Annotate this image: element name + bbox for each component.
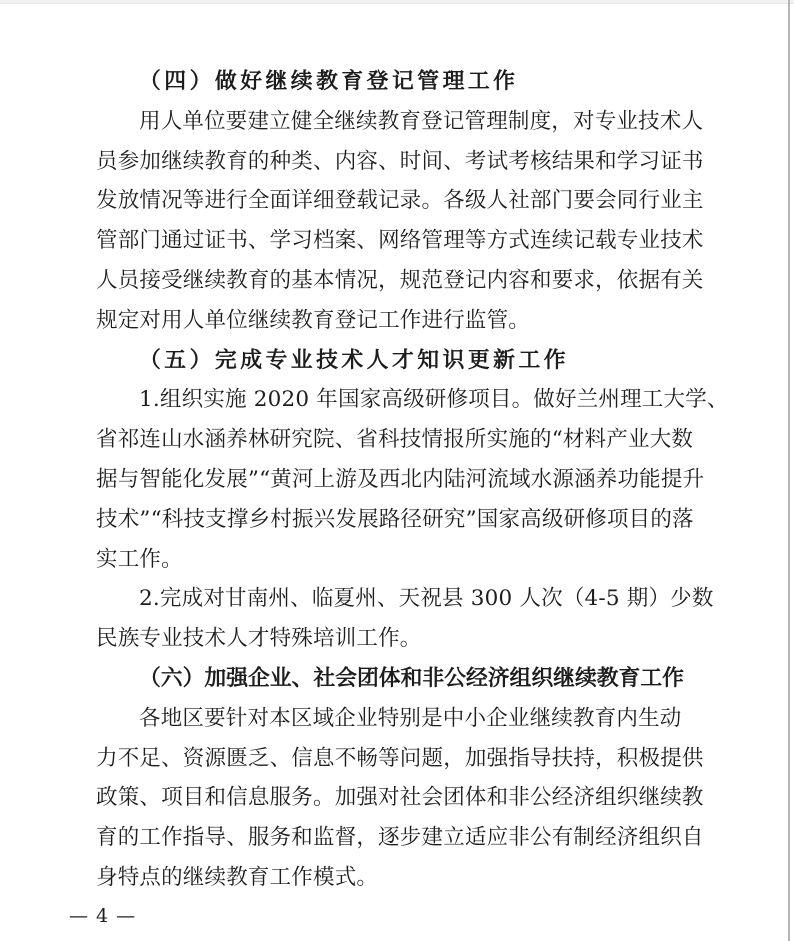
text-line: 各地区要针对本区域企业特别是中小企业继续教育内生动 — [96, 699, 702, 739]
section-heading: （六）加强企业、社会团体和非公经济组织继续教育工作 — [96, 659, 702, 699]
text-line: 实工作。 — [96, 540, 702, 580]
text-line: 用人单位要建立健全继续教育登记管理制度，对专业技术人 — [96, 102, 702, 142]
text-line: 人员接受继续教育的基本情况，规范登记内容和要求，依据有关 — [96, 261, 702, 301]
text-line: 育的工作指导、服务和监督，逐步建立适应非公有制经济组织自 — [96, 818, 702, 858]
document-page: （四）做好继续教育登记管理工作用人单位要建立健全继续教育登记管理制度，对专业技术… — [0, 0, 794, 941]
document-content: （四）做好继续教育登记管理工作用人单位要建立健全继续教育登记管理制度，对专业技术… — [96, 62, 702, 898]
text-line: 技术”“科技支撑乡村振兴发展路径研究”国家高级研修项目的落 — [96, 500, 702, 540]
text-line: 2.完成对甘南州、临夏州、天祝县 300 人次（4-5 期）少数 — [96, 579, 702, 619]
page-number: — 4 — — [69, 905, 136, 927]
section-heading: （四）做好继续教育登记管理工作 — [96, 62, 702, 102]
text-line: 身特点的继续教育工作模式。 — [96, 858, 702, 898]
section-heading: （五）完成专业技术人才知识更新工作 — [96, 341, 702, 381]
text-line: 据与智能化发展”“黄河上游及西北内陆河流域水源涵养功能提升 — [96, 460, 702, 500]
text-line: 力不足、资源匮乏、信息不畅等问题，加强指导扶持，积极提供 — [96, 739, 702, 779]
text-line: 1.组织实施 2020 年国家高级研修项目。做好兰州理工大学、 — [96, 380, 702, 420]
text-line: 民族专业技术人才特殊培训工作。 — [96, 619, 702, 659]
page-top-edge — [0, 0, 794, 4]
text-line: 员参加继续教育的种类、内容、时间、考试考核结果和学习证书 — [96, 142, 702, 182]
text-line: 省祁连山水涵养林研究院、省科技情报所实施的“材料产业大数 — [96, 420, 702, 460]
text-line: 管部门通过证书、学习档案、网络管理等方式连续记载专业技术 — [96, 221, 702, 261]
text-line: 规定对用人单位继续教育登记工作进行监管。 — [96, 301, 702, 341]
text-line: 政策、项目和信息服务。加强对社会团体和非公经济组织继续教 — [96, 778, 702, 818]
text-line: 发放情况等进行全面详细登载记录。各级人社部门要会同行业主 — [96, 181, 702, 221]
page-right-edge — [788, 0, 790, 941]
